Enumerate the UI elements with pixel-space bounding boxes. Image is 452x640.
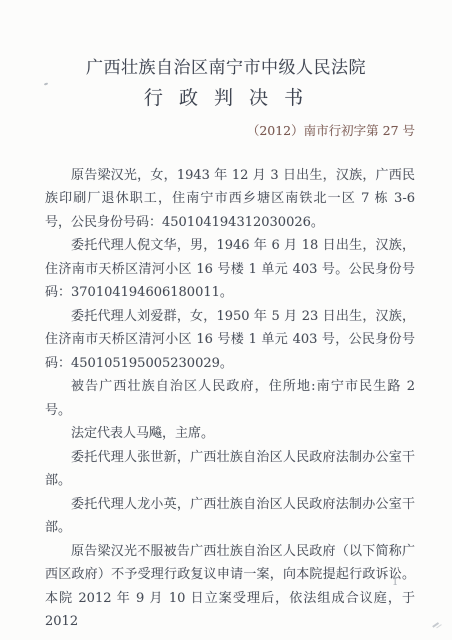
page-number: 1: [392, 577, 398, 588]
case-number: （2012）南市行初字第 27 号: [0, 125, 452, 138]
judgment-document-page: 广西壮族自治区南宁市中级人民法院 行 政 判 决 书 （2012）南市行初字第 …: [0, 0, 452, 640]
court-name: 广西壮族自治区南宁市中级人民法院: [0, 60, 452, 77]
paragraph-legal-representative: 法定代表人马飚，主席。: [45, 422, 415, 446]
paragraph-plaintiff: 原告梁汉光，女，1943 年 12 月 3 日出生，汉族，广西民族印刷厂退休职工…: [45, 164, 415, 235]
document-title: 行 政 判 决 书: [0, 89, 452, 108]
paragraph-agent-1: 委托代理人倪文华，男，1946 年 6 月 18 日出生，汉族，住济南市天桥区清…: [45, 234, 415, 305]
scan-speck-artifact: [44, 82, 48, 85]
paragraph-defendant-agent-1: 委托代理人张世新，广西壮族自治区人民政府法制办公室干部。: [45, 446, 415, 493]
paragraph-agent-2: 委托代理人刘爱群，女，1950 年 5 月 23 日出生，汉族，住济南市天桥区清…: [45, 305, 415, 376]
paragraph-defendant-agent-2: 委托代理人龙小英，广西壮族自治区人民政府法制办公室干部。: [45, 493, 415, 540]
document-body: 原告梁汉光，女，1943 年 12 月 3 日出生，汉族，广西民族印刷厂退休职工…: [0, 164, 452, 634]
paragraph-defendant: 被告广西壮族自治区人民政府，住所地:南宁市民生路 2 号。: [45, 375, 415, 422]
paragraph-case-intro: 原告梁汉光不服被告广西壮族自治区人民政府（以下简称广西区政府）不予受理行政复议申…: [45, 540, 415, 634]
